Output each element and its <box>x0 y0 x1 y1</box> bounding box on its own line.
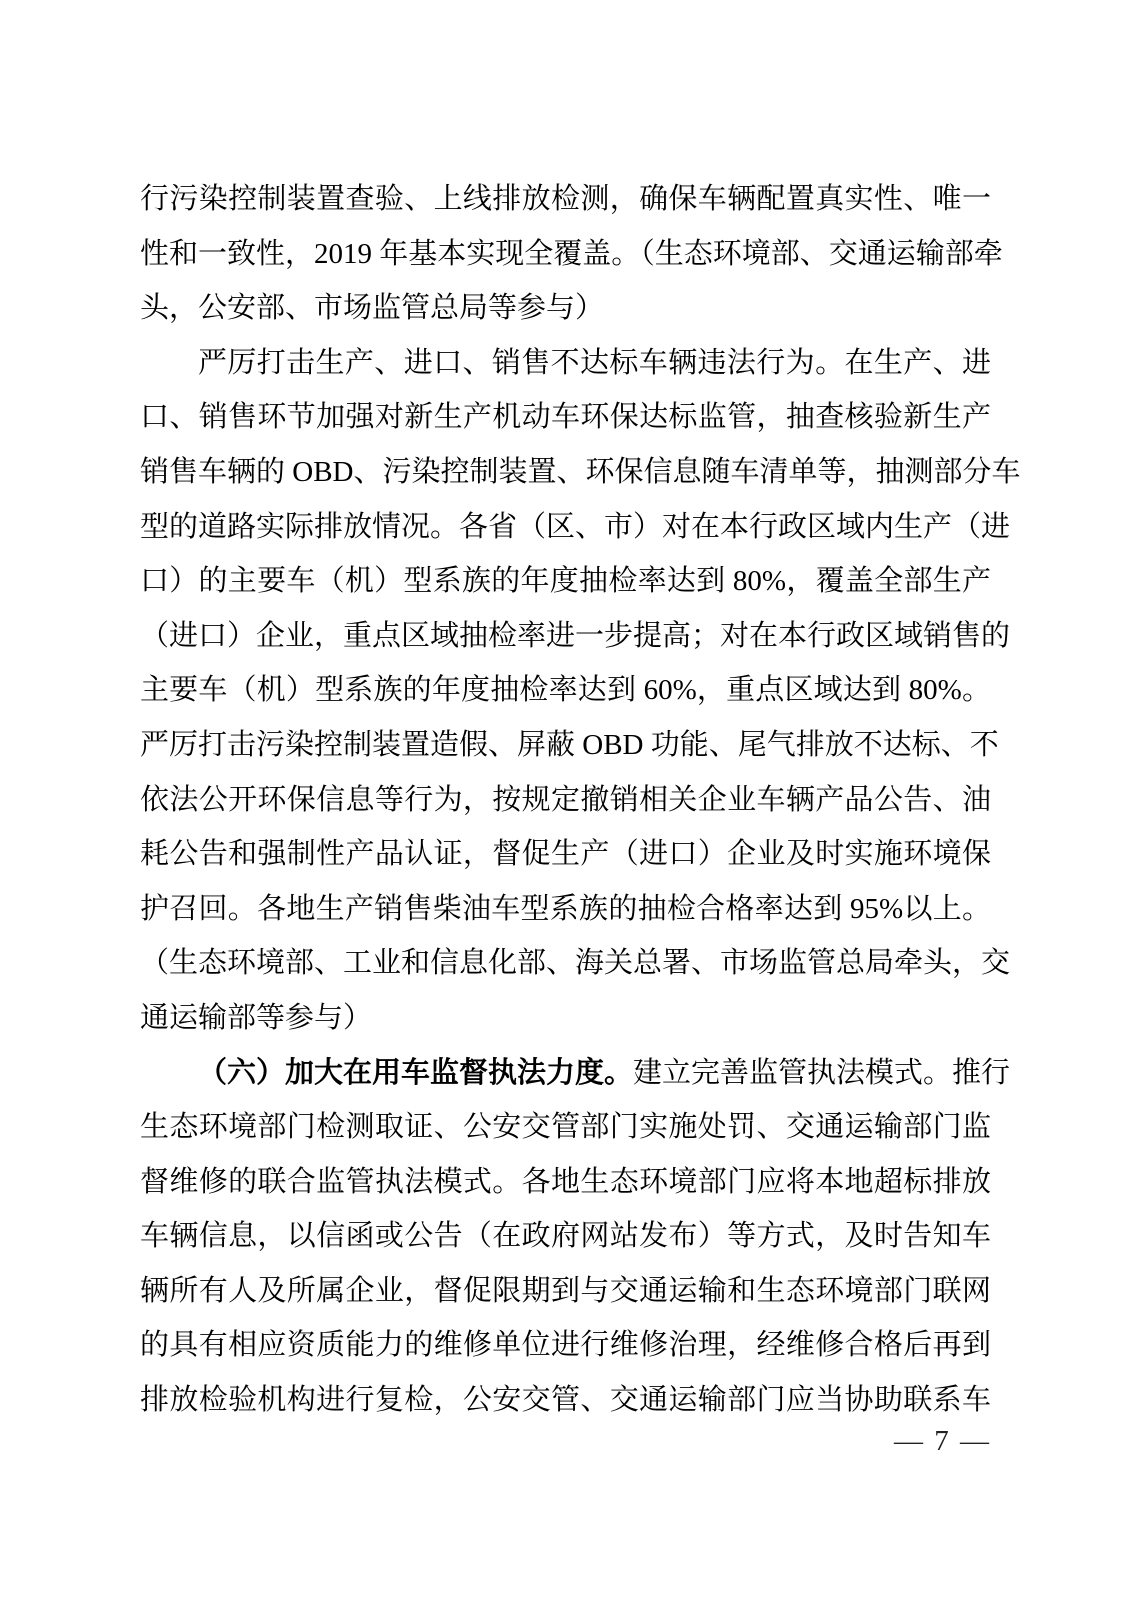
text-line: 严厉打击生产、进口、销售不达标车辆违法行为。在生产、进 <box>140 336 991 391</box>
text-segment: 的具有相应资质能力的维修单位进行维修治理，经维修合格后再到 <box>140 1329 991 1361</box>
text-segment: 严厉打击污染控制装置造假、屏蔽 OBD 功能、尾气排放不达标、不 <box>140 729 999 761</box>
text-line: 主要车（机）型系族的年度抽检率达到 60%，重点区域达到 80%。 <box>140 663 991 718</box>
text-segment: 依法公开环保信息等行为，按规定撤销相关企业车辆产品公告、油 <box>140 784 991 816</box>
text-line: （进口）企业，重点区域抽检率进一步提高；对在本行政区域销售的 <box>140 609 991 664</box>
text-segment: 型的道路实际排放情况。各省（区、市）对在本行政区域内生产（进 <box>140 511 1010 543</box>
text-segment: 督维修的联合监管执法模式。各地生态环境部门应将本地超标排放 <box>140 1166 991 1198</box>
text-line: 车辆信息，以信函或公告（在政府网站发布）等方式，及时告知车 <box>140 1209 991 1264</box>
text-segment: 车辆信息，以信函或公告（在政府网站发布）等方式，及时告知车 <box>140 1220 991 1252</box>
text-line: （生态环境部、工业和信息化部、海关总署、市场监管总局牵头，交 <box>140 936 991 991</box>
text-segment-bold: （六）加大在用车监督执法力度。 <box>198 1057 633 1089</box>
text-line: 性和一致性，2019 年基本实现全覆盖。（生态环境部、交通运输部牵 <box>140 227 991 282</box>
text-segment: （生态环境部、工业和信息化部、海关总署、市场监管总局牵头，交 <box>140 947 1010 979</box>
text-segment: 建立完善监管执法模式。推行 <box>633 1057 1010 1089</box>
page-footer: — 7 — <box>140 1421 991 1461</box>
text-segment: 生态环境部门检测取证、公安交管部门实施处罚、交通运输部门监 <box>140 1111 991 1143</box>
document-page: 行污染控制装置查验、上线排放检测，确保车辆配置真实性、唯一性和一致性，2019 … <box>0 0 1131 1600</box>
text-line: 督维修的联合监管执法模式。各地生态环境部门应将本地超标排放 <box>140 1155 991 1210</box>
text-segment: 主要车（机）型系族的年度抽检率达到 60%，重点区域达到 80%。 <box>140 674 991 706</box>
text-segment: 口、销售环节加强对新生产机动车环保达标监管，抽查核验新生产 <box>140 401 991 433</box>
text-segment: 行污染控制装置查验、上线排放检测，确保车辆配置真实性、唯一 <box>140 183 991 215</box>
text-line: （六）加大在用车监督执法力度。建立完善监管执法模式。推行 <box>140 1046 991 1101</box>
text-segment: 性和一致性，2019 年基本实现全覆盖。（生态环境部、交通运输部牵 <box>140 238 1003 270</box>
text-segment: 头，公安部、市场监管总局等参与） <box>140 292 604 324</box>
text-segment: 销售车辆的 OBD、污染控制装置、环保信息随车清单等，抽测部分车 <box>140 456 1020 488</box>
text-segment: （进口）企业，重点区域抽检率进一步提高；对在本行政区域销售的 <box>140 620 1010 652</box>
text-segment: 辆所有人及所属企业，督促限期到与交通运输和生态环境部门联网 <box>140 1275 991 1307</box>
text-line: 依法公开环保信息等行为，按规定撤销相关企业车辆产品公告、油 <box>140 773 991 828</box>
text-segment: 排放检验机构进行复检，公安交管、交通运输部门应当协助联系车 <box>140 1384 991 1416</box>
document-body: 行污染控制装置查验、上线排放检测，确保车辆配置真实性、唯一性和一致性，2019 … <box>140 172 991 1428</box>
text-line: 口）的主要车（机）型系族的年度抽检率达到 80%，覆盖全部生产 <box>140 554 991 609</box>
text-line: 生态环境部门检测取证、公安交管部门实施处罚、交通运输部门监 <box>140 1100 991 1155</box>
page-number: — 7 — <box>894 1425 991 1457</box>
text-segment: 耗公告和强制性产品认证，督促生产（进口）企业及时实施环境保 <box>140 838 991 870</box>
text-line: 排放检验机构进行复检，公安交管、交通运输部门应当协助联系车 <box>140 1373 991 1428</box>
text-line: 耗公告和强制性产品认证，督促生产（进口）企业及时实施环境保 <box>140 827 991 882</box>
text-segment: 口）的主要车（机）型系族的年度抽检率达到 80%，覆盖全部生产 <box>140 565 991 597</box>
text-line: 严厉打击污染控制装置造假、屏蔽 OBD 功能、尾气排放不达标、不 <box>140 718 991 773</box>
text-line: 辆所有人及所属企业，督促限期到与交通运输和生态环境部门联网 <box>140 1264 991 1319</box>
text-line: 口、销售环节加强对新生产机动车环保达标监管，抽查核验新生产 <box>140 390 991 445</box>
text-segment: 通运输部等参与） <box>140 1002 372 1034</box>
text-line: 销售车辆的 OBD、污染控制装置、环保信息随车清单等，抽测部分车 <box>140 445 991 500</box>
text-line: 头，公安部、市场监管总局等参与） <box>140 281 991 336</box>
text-line: 行污染控制装置查验、上线排放检测，确保车辆配置真实性、唯一 <box>140 172 991 227</box>
text-line: 的具有相应资质能力的维修单位进行维修治理，经维修合格后再到 <box>140 1318 991 1373</box>
text-line: 通运输部等参与） <box>140 991 991 1046</box>
text-line: 型的道路实际排放情况。各省（区、市）对在本行政区域内生产（进 <box>140 500 991 555</box>
text-segment: 严厉打击生产、进口、销售不达标车辆违法行为。在生产、进 <box>198 347 991 379</box>
text-segment: 护召回。各地生产销售柴油车型系族的抽检合格率达到 95%以上。 <box>140 893 991 925</box>
text-line: 护召回。各地生产销售柴油车型系族的抽检合格率达到 95%以上。 <box>140 882 991 937</box>
